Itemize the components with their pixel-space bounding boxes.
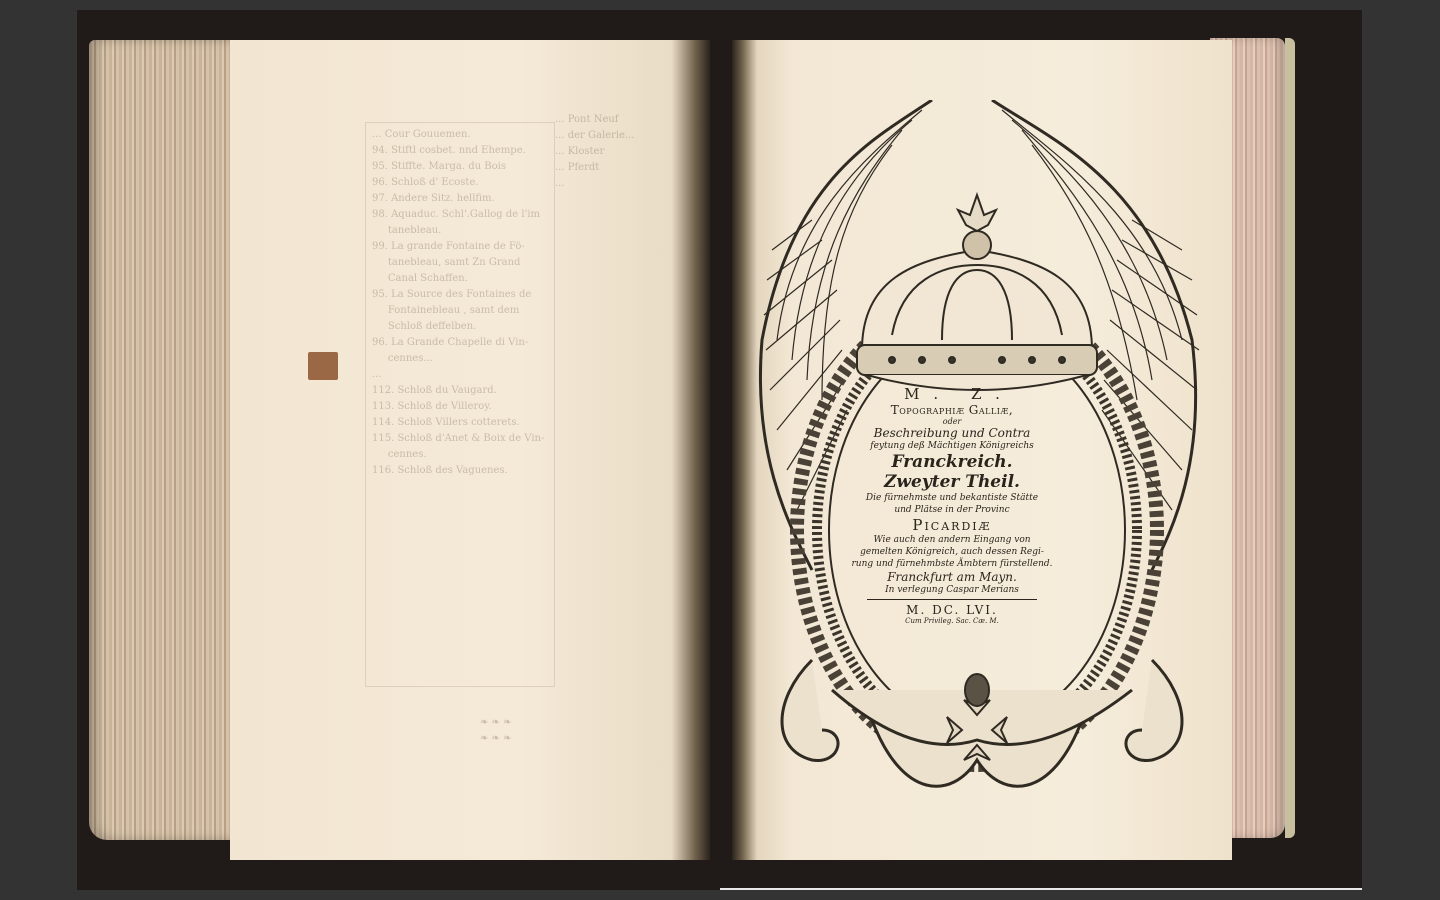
- title-line-aembtern: rung und fürnehmbste Ämbtern fürstellend…: [834, 558, 1070, 570]
- title-line-eingang: Wie auch den andern Eingang von: [834, 534, 1070, 546]
- title-oder: oder: [834, 417, 1070, 426]
- paper-tab-marker: [308, 352, 338, 380]
- title-line-staette: Die fürnehmste und bekantiste Stätte: [834, 492, 1070, 504]
- image-viewer: ... Cour Gouuemen. 94. Stiftl cosbet. nn…: [0, 0, 1440, 900]
- image-panel-right: M. Z. Topographiæ Galliæ, oder Beschreib…: [720, 10, 1362, 890]
- title-privilege: Cum Privileg. Sac. Cæ. M.: [834, 617, 1070, 625]
- title-picardiae: Picardiæ: [834, 516, 1070, 534]
- title-initials: M. Z.: [848, 385, 1070, 403]
- title-line-regirung: gemelten Königreich, auch dessen Regi-: [834, 546, 1070, 558]
- title-page: M. Z. Topographiæ Galliæ, oder Beschreib…: [732, 40, 1232, 860]
- title-divider: [867, 599, 1037, 600]
- title-line-koenigreichs: feytung deß Mächtigen Königreichs: [834, 440, 1070, 452]
- fore-edge-left: [89, 40, 231, 840]
- title-publisher: In verlegung Caspar Merians: [834, 584, 1070, 596]
- crown-icon: [857, 195, 1097, 390]
- title-frankfurt: Franckfurt am Mayn.: [834, 570, 1070, 584]
- bleed-through-text-column-1: ... Cour Gouuemen. 94. Stiftl cosbet. nn…: [365, 122, 555, 687]
- title-franckreich: Franckreich.: [834, 452, 1070, 472]
- title-text-block: M. Z. Topographiæ Galliæ, oder Beschreib…: [834, 385, 1070, 625]
- title-line-provinc: und Plätse in der Provinc: [834, 504, 1070, 516]
- left-page: ... Cour Gouuemen. 94. Stiftl cosbet. nn…: [230, 40, 710, 860]
- title-topographia: Topographiæ Galliæ,: [834, 403, 1070, 417]
- title-line-beschreibung: Beschreibung und Contra: [834, 426, 1070, 440]
- bleed-through-ornament: ❧ ❧ ❧ ❧ ❧ ❧: [480, 715, 680, 747]
- title-zweyter-theil: Zweyter Theil.: [834, 472, 1070, 492]
- title-date: M. DC. LVI.: [834, 603, 1070, 617]
- image-panel-left: ... Cour Gouuemen. 94. Stiftl cosbet. nn…: [77, 10, 720, 890]
- bleed-through-text-column-2: ... Pont Neuf ... der Galerie... ... Klo…: [555, 112, 695, 192]
